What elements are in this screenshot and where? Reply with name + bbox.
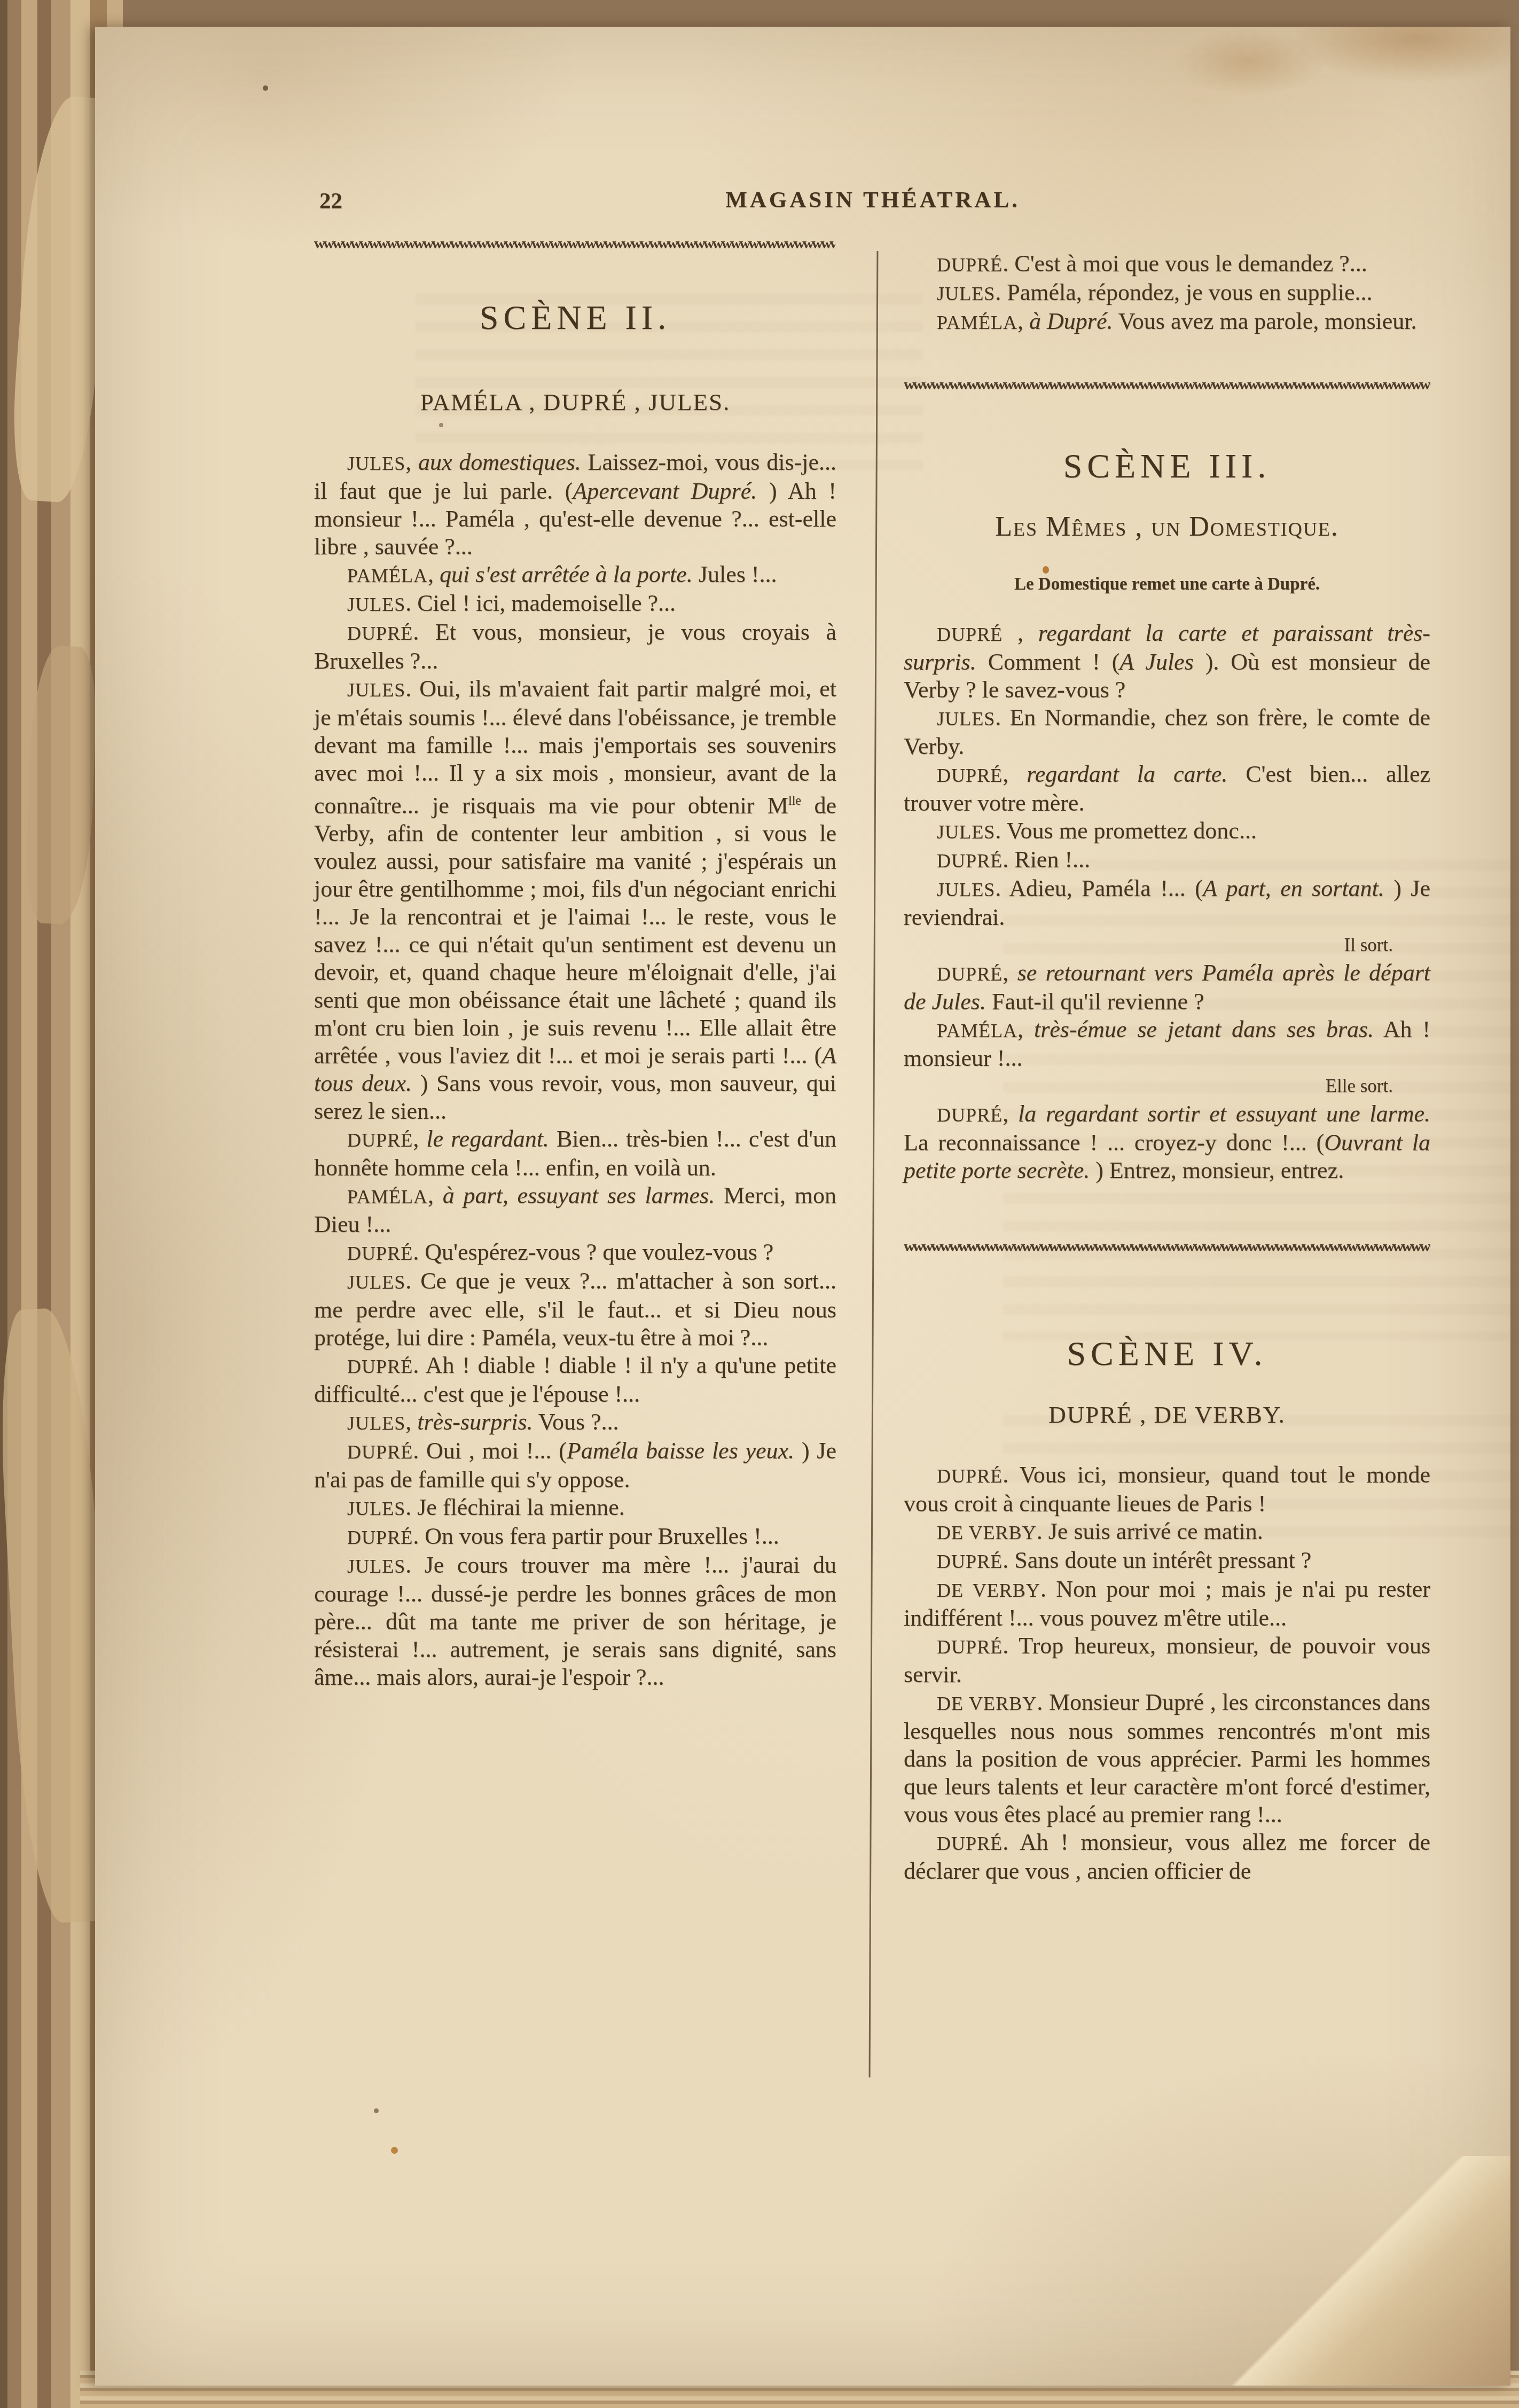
dialogue-paragraph: JULES. Je fléchirai la mienne. — [314, 1494, 836, 1523]
dialogue-paragraph: JULES. Vous me promettez donc... — [904, 817, 1430, 846]
dialogue-paragraph: JULES. Ciel ! ici, mademoiselle ?... — [314, 590, 836, 618]
scene-3-stage-note: Le Domestique remet une carte à Dupré. — [904, 574, 1430, 595]
dialogue-paragraph: JULES. Paméla, répondez, je vous en supp… — [904, 279, 1430, 308]
dialogue-paragraph: DUPRÉ. Trop heureux, monsieur, de pouvoi… — [904, 1632, 1430, 1689]
dialogue-paragraph: JULES. Oui, ils m'avaient fait partir ma… — [314, 675, 836, 1125]
scene-2-heading: SCÈNE II. — [314, 299, 836, 336]
zigzag-separator: wwwwwwwwwwwwwwwwwwwwwwwwwwwwwwwwwwwwwwww… — [314, 236, 835, 252]
running-header-title: MAGASIN THÉATRAL. — [314, 187, 1431, 213]
dialogue-paragraph: JULES. Adieu, Paméla !... (A part, en so… — [904, 875, 1430, 931]
dialogue-paragraph: DUPRÉ. Vous ici, monsieur, quand tout le… — [904, 1461, 1430, 1518]
book-photo: 22 MAGASIN THÉATRAL. wwwwwwwwwwwwwwwwwww… — [0, 0, 1519, 2408]
stage-direction: Elle sort. — [904, 1072, 1430, 1100]
left-text-column: SCÈNE II. PAMÉLA , DUPRÉ , JULES. JULES,… — [314, 299, 836, 1691]
dialogue-paragraph: JULES. En Normandie, chez son frère, le … — [904, 704, 1430, 760]
dialogue-paragraph: DE VERBY. Monsieur Dupré , les circonsta… — [904, 1689, 1430, 1829]
foxing-speck — [374, 2108, 379, 2113]
paper-stain — [1137, 27, 1510, 144]
dialogue-paragraph: DE VERBY. Je suis arrivé ce matin. — [904, 1518, 1430, 1547]
dialogue-paragraph: PAMÉLA, à part, essuyant ses larmes. Mer… — [314, 1182, 836, 1238]
right-text-column: DUPRÉ. C'est à moi que vous le demandez … — [904, 250, 1430, 1885]
scene-2-dialogue-continued: DUPRÉ. C'est à moi que vous le demandez … — [904, 250, 1430, 336]
dialogue-paragraph: DE VERBY. Non pour moi ; mais je n'ai pu… — [904, 1575, 1430, 1632]
dialogue-paragraph: DUPRÉ, le regardant. Bien... très-bien !… — [314, 1125, 836, 1182]
dialogue-paragraph: PAMÉLA, très-émue se jetant dans ses bra… — [904, 1016, 1430, 1072]
dialogue-paragraph: DUPRÉ. Oui , moi !... (Paméla baisse les… — [314, 1437, 836, 1494]
scene-4-characters: DUPRÉ , DE VERBY. — [904, 1401, 1430, 1428]
dialogue-paragraph: DUPRÉ. Et vous, monsieur, je vous croyai… — [314, 618, 836, 675]
foxing-speck — [263, 85, 268, 91]
scene-2-characters: PAMÉLA , DUPRÉ , JULES. — [314, 389, 836, 415]
dialogue-paragraph: DUPRÉ , regardant la carte et paraissant… — [904, 619, 1430, 704]
scene-4-dialogue: DUPRÉ. Vous ici, monsieur, quand tout le… — [904, 1461, 1430, 1885]
dialogue-paragraph: JULES. Ce que je veux ?... m'attacher à … — [314, 1267, 836, 1352]
dialogue-paragraph: DUPRÉ. Ah ! diable ! diable ! il n'y a q… — [314, 1352, 836, 1408]
scene-4-heading: SCÈNE IV. — [904, 1335, 1430, 1372]
dialogue-paragraph: DUPRÉ. Qu'espérez-vous ? que voulez-vous… — [314, 1238, 836, 1267]
scene-3-heading: SCÈNE III. — [904, 448, 1430, 485]
torn-edge-fragment — [25, 645, 98, 925]
zigzag-separator: wwwwwwwwwwwwwwwwwwwwwwwwwwwwwwwwwwwwwwww… — [904, 371, 1430, 397]
curled-corner — [1211, 2156, 1510, 2386]
dialogue-paragraph: JULES. Je cours trouver ma mère !... j'a… — [314, 1551, 836, 1691]
dialogue-paragraph: DUPRÉ, regardant la carte. C'est bien...… — [904, 760, 1430, 817]
stage-direction: Il sort. — [904, 931, 1430, 959]
zigzag-separator: wwwwwwwwwwwwwwwwwwwwwwwwwwwwwwwwwwwwwwww… — [904, 1233, 1430, 1259]
dialogue-paragraph: DUPRÉ. C'est à moi que vous le demandez … — [904, 250, 1430, 279]
scene-3-dialogue: DUPRÉ , regardant la carte et paraissant… — [904, 619, 1430, 1185]
dialogue-paragraph: DUPRÉ. Rien !... — [904, 846, 1430, 875]
scene-2-dialogue: JULES, aux domestiques. Laissez-moi, vou… — [314, 449, 836, 1691]
foxing-speck — [391, 2147, 398, 2154]
dialogue-paragraph: JULES, aux domestiques. Laissez-moi, vou… — [314, 449, 836, 561]
dialogue-paragraph: PAMÉLA, qui s'est arrêtée à la porte. Ju… — [314, 561, 836, 590]
dialogue-paragraph: DUPRÉ, la regardant sortir et essuyant u… — [904, 1100, 1430, 1185]
scene-3-characters: Les Mêmes , un Domestique. — [904, 514, 1430, 540]
dialogue-paragraph: DUPRÉ, se retournant vers Paméla après l… — [904, 959, 1430, 1016]
dialogue-paragraph: DUPRÉ. Sans doute un intérêt pressant ? — [904, 1547, 1430, 1575]
dialogue-paragraph: PAMÉLA, à Dupré. Vous avez ma parole, mo… — [904, 308, 1430, 336]
dialogue-paragraph: DUPRÉ. Ah ! monsieur, vous allez me forc… — [904, 1829, 1430, 1885]
dialogue-paragraph: JULES, très-surpris. Vous ?... — [314, 1408, 836, 1437]
dialogue-paragraph: DUPRÉ. On vous fera partir pour Bruxelle… — [314, 1523, 836, 1551]
